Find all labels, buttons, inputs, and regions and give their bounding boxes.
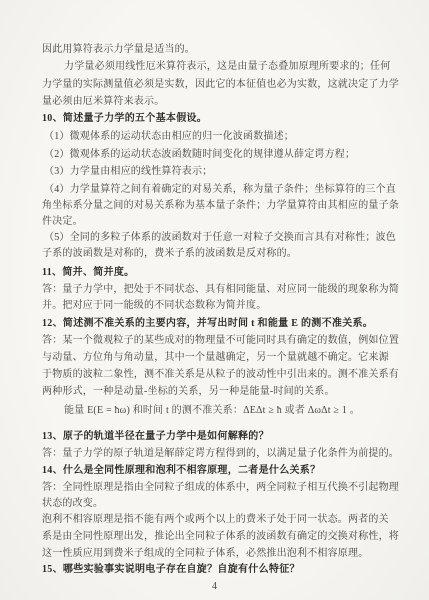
text-line: 因此用算符表示力学量是适当的。 <box>42 43 195 56</box>
postulate-item-5: （5）全同的多粒子体系的波函数对于任意一对粒子交换而言具有对称性；波色 <box>44 231 396 244</box>
answer-line: 于物质的波粒二象性，测不准关系是从粒子的波动性中引出来的。测不准关系有 <box>42 368 399 381</box>
uncertainty-relation-formula: 能量 E(E = ħω) 和时间 t 的测不准关系：ΔEΔt ≥ ħ 或者 Δω… <box>64 404 360 417</box>
answer-line: 答：某一个微观粒子的某些成对的物理量不可能同时具有确定的数值，例如位置 <box>42 334 399 347</box>
answer-line: 与动量、方位角与角动量，其中一个量越确定，另一个量就越不确定。它来源 <box>42 351 389 364</box>
answer-line: 答：量子力学的原子轨道是解薛定谔方程得到的，以满足量子化条件为前提的。 <box>42 447 399 460</box>
postulate-item-2: （2）微观体系的运动状态波函数随时间变化的规律遵从薛定谔方程； <box>44 148 355 161</box>
text-line: 件决定。 <box>42 215 83 228</box>
document-page: 因此用算符表示力学量是适当的。 力学量必须用线性厄米算符表示，这是由量子态叠加原… <box>0 0 429 600</box>
answer-line: 答：量子力学中，把处于不同状态、具有相同能量、对应同一能级的现象称为简 <box>42 283 399 296</box>
question-15-heading: 15、哪些实验事实说明电子存在自旋？自旋有什么特征？ <box>42 563 300 576</box>
answer-line: 两种形式，一种是动量-坐标的关系，另一种是能量-时间的关系。 <box>42 385 335 398</box>
postulate-item-3: （3）力学量由相应的线性算符表示； <box>44 165 212 178</box>
postulate-item-4: （4）力学量算符之间有着确定的对易关系，称为量子条件；坐标算符的三个直 <box>44 183 396 196</box>
question-11-heading: 11、简并、简并度。 <box>42 266 134 279</box>
postulate-item-1: （1）微观体系的运动状态由相应的归一化波函数描述； <box>44 130 294 143</box>
answer-line: 系是由全同性原理出发，推论出全同粒子体系的波函数有确定的交换对称性，将 <box>42 530 399 543</box>
answer-line: 答：全同性原理是指由全同粒子组成的体系中，两全同粒子相互代换不引起物理 <box>42 481 399 494</box>
text-line: 子系的波函数是对称的，费米子系的波函数是反对称的。 <box>42 247 297 260</box>
answer-line: 并。把对应于同一能级的不同状态数称为简并度。 <box>42 299 266 312</box>
question-13-heading: 13、原子的轨道半径在量子力学中是如何解释的？ <box>42 430 269 443</box>
text-line: 力学量的实际测量值必须是实数，因此它的本征值也必为实数，这就决定了力学 <box>42 78 399 91</box>
answer-line: 这一性质应用到费米子组成的全同粒子体系，必然推出泡利不相容原理。 <box>42 547 368 560</box>
page-number: 4 <box>0 581 429 592</box>
answer-line: 泡利不相容原理是指不能有两个或两个以上的费米子处于同一状态。两者的关 <box>42 513 389 526</box>
question-10-heading: 10、简述量子力学的五个基本假设。 <box>42 112 207 125</box>
text-line: 力学量必须用线性厄米算符表示，这是由量子态叠加原理所要求的；任何 <box>64 60 390 73</box>
answer-line: 状态的改变。 <box>42 497 103 510</box>
question-14-heading: 14、什么是全同性原理和泡利不相容原理，二者是什么关系？ <box>42 464 320 477</box>
text-line: 角坐标系分量之间的对易关系称为基本量子条件；力学量算符由其相应的量子条 <box>42 199 399 212</box>
text-line: 量必须由厄米算符来表示。 <box>42 95 164 108</box>
question-12-heading: 12、简述测不准关系的主要内容，并写出时间 t 和能量 E 的测不准关系。 <box>42 317 373 330</box>
